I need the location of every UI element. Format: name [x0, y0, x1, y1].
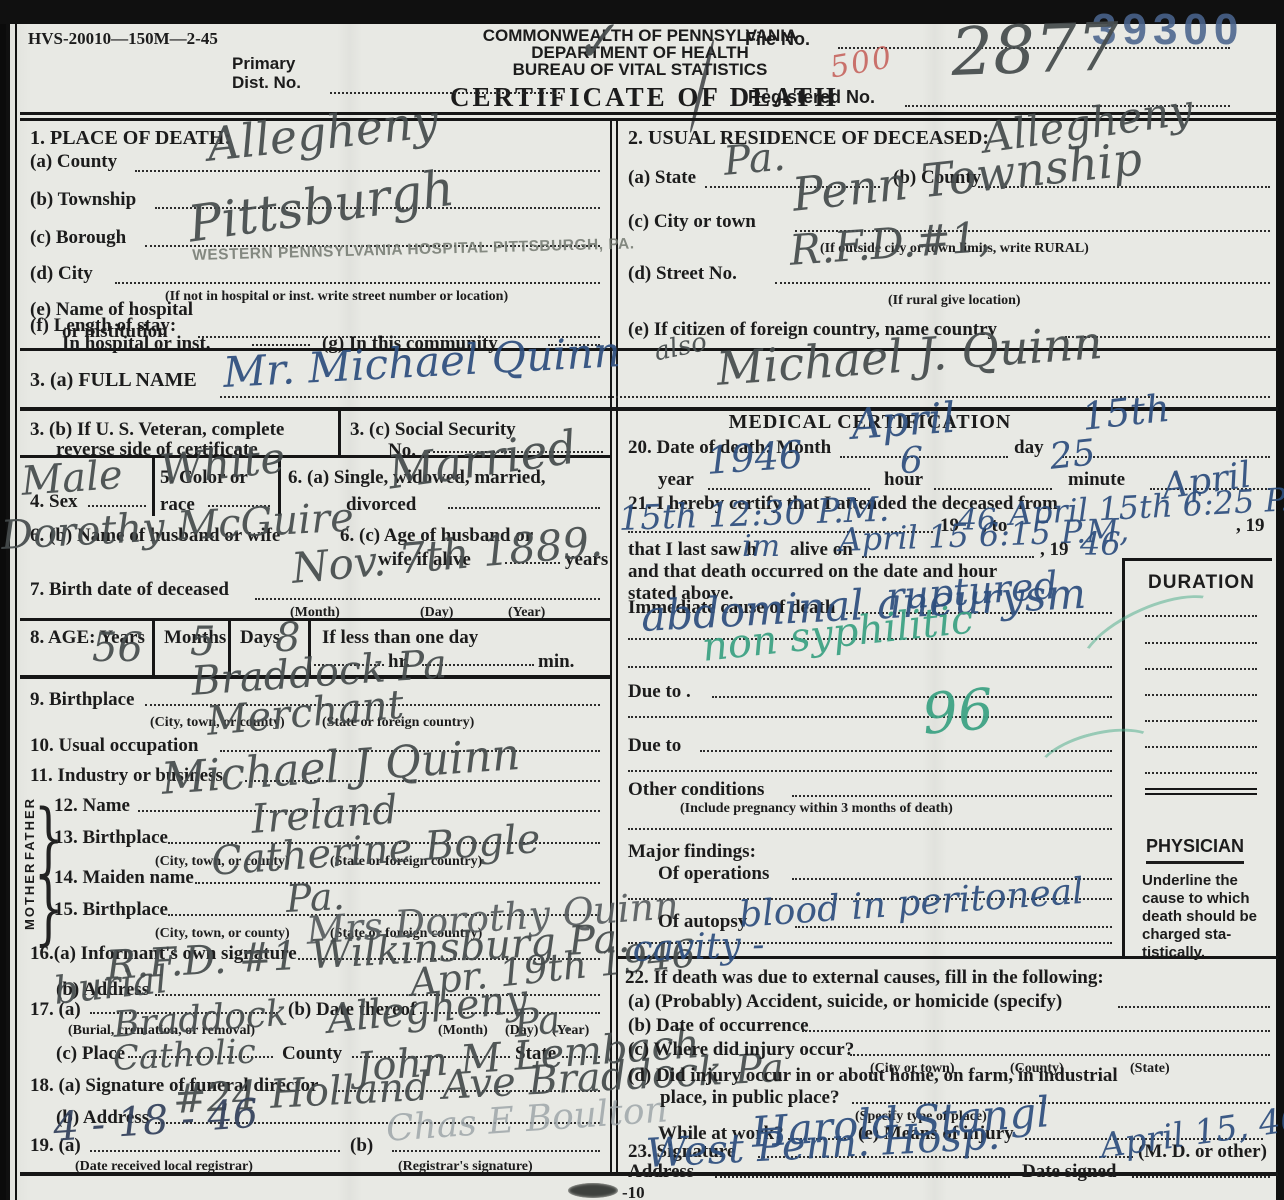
rule [1122, 558, 1272, 561]
s1-borough-label: (c) Borough [30, 228, 126, 247]
s14-label: 14. Maiden name [54, 868, 194, 887]
footer-mark: -10 [622, 1184, 645, 1200]
s4-value: Male [20, 455, 124, 502]
s8-min-label: min. [538, 652, 574, 671]
file-no-label: File No. [745, 30, 810, 48]
duration-label: DURATION [1148, 572, 1255, 595]
primary-dist-check: ✓ [570, 14, 620, 72]
dotted-line [330, 92, 560, 94]
other-cap: (Include pregnancy within 3 months of de… [680, 802, 953, 816]
autopsy-value2: cavity - [632, 927, 765, 968]
primary-label: Primary [232, 55, 295, 72]
s2-state-value: Pa. [722, 137, 787, 182]
s7-cap-day: (Day) [420, 606, 453, 620]
dotted-line [448, 507, 600, 509]
s21-him: im [742, 532, 780, 562]
dotted-line [934, 488, 1052, 490]
s19a-cap: (Date received local registrar) [75, 1160, 253, 1174]
s2-city-label: (c) City or town [628, 212, 756, 231]
rule [1145, 788, 1257, 790]
s22-heading: 22. If death was due to external causes,… [625, 968, 1104, 987]
registered-no-label: Registered No. [748, 88, 875, 106]
s9-label: 9. Birthplace [30, 690, 135, 709]
dotted-line [802, 1030, 1270, 1032]
s20-hour-value: 6 [900, 444, 923, 480]
operations-label: Of operations [658, 864, 769, 883]
dotted-line [90, 1150, 340, 1152]
rule [1145, 793, 1257, 795]
dotted-line [628, 666, 1112, 668]
s1-hospital-note: (If not in hospital or inst. write stree… [165, 290, 508, 304]
rule [152, 621, 155, 675]
rule [610, 121, 612, 1176]
physician-label: PHYSICIAN [1146, 836, 1244, 864]
s21-line3a: that I last saw h [628, 540, 757, 559]
s21-printed-19b: , 19 [1236, 516, 1265, 535]
dotted-line [715, 1176, 1010, 1178]
dotted-line [255, 598, 600, 600]
dotted-line [195, 882, 600, 884]
other-label: Other conditions [628, 780, 764, 799]
dotted-line [115, 282, 600, 284]
dotted-line [840, 456, 1008, 458]
s12-label: 12. Name [54, 796, 130, 815]
s1-stay-inhosp-label: In hospital or inst. [62, 334, 211, 353]
s8-years-value: 56 [92, 628, 143, 668]
s22-b-label: (b) Date of occurrence [628, 1016, 809, 1035]
death-certificate-scan: HVS-20010—150M—2-45 COMMONWEALTH OF PENN… [0, 0, 1284, 1200]
s7-cap-year: (Year) [508, 606, 545, 620]
s8-months-value: 5 [190, 622, 215, 662]
s15-label: 15. Birthplace [54, 900, 168, 919]
dotted-line [1145, 694, 1257, 696]
s17c-value2: Catholic [112, 1035, 257, 1076]
s19b-cap: (Registrar's signature) [398, 1160, 533, 1174]
s19b-label: (b) [350, 1136, 373, 1155]
s7-label: 7. Birth date of deceased [30, 580, 229, 599]
s1-heading: 1. PLACE OF DEATH: [30, 128, 231, 148]
scan-edge-right [1276, 0, 1284, 1200]
dotted-line [1145, 772, 1257, 774]
printers-union-bug [568, 1183, 618, 1198]
s6a-label2: divorced [346, 495, 416, 514]
s2-heading: 2. USUAL RESIDENCE OF DECEASED: [628, 128, 989, 148]
dotted-line [775, 282, 1270, 284]
s20-year-label: year [658, 470, 694, 489]
s21-year46b: 46 [1080, 528, 1121, 560]
s20-day-label: day [1014, 438, 1044, 457]
s1-city-label: (d) City [30, 264, 93, 283]
form-number: HVS-20010—150M—2-45 [28, 30, 218, 47]
dotted-line [628, 828, 1112, 830]
dotted-line [1118, 1006, 1270, 1008]
s22-d-label1: (d) Did injury occur in or about home, o… [628, 1066, 1118, 1085]
s20-minute-value: 25 [1048, 435, 1097, 476]
scan-border-inner [15, 24, 17, 1200]
rule [616, 121, 618, 1176]
registered-no-value: 2877 [950, 14, 1120, 86]
s13-label: 13. Birthplace [54, 828, 168, 847]
s2-street-note: (If rural give location) [888, 294, 1021, 308]
s5-value: White [158, 437, 287, 492]
s17-county-label: County [282, 1044, 342, 1063]
dotted-line [1132, 1176, 1270, 1178]
s22-c-label: (c) Where did injury occur? [628, 1040, 854, 1059]
physician-note: Underline the cause to which death shoul… [1142, 872, 1270, 962]
rule [338, 411, 341, 455]
fullname-label: 3. (a) FULL NAME [30, 370, 197, 390]
dotted-line [1145, 720, 1257, 722]
s2-street-label: (d) Street No. [628, 264, 737, 283]
s2-state-label: (a) State [628, 168, 696, 187]
s20-year-value: 1946 [705, 435, 804, 480]
dotted-line [392, 1150, 600, 1152]
header-bureau: BUREAU OF VITAL STATISTICS [450, 61, 830, 78]
dotted-line [792, 795, 1112, 797]
s20-month-value: April [850, 397, 957, 446]
major-label: Major findings: [628, 842, 756, 861]
dotted-line [1145, 746, 1257, 748]
s1-township-label: (b) Township [30, 190, 136, 209]
dotted-line [712, 696, 1112, 698]
dotted-line [708, 488, 870, 490]
dotted-line [850, 1054, 1270, 1056]
s20-day-value: 15th [1080, 389, 1172, 436]
dist-no-label: Dist. No. [232, 74, 301, 91]
dotted-line [628, 716, 1112, 718]
due1-label: Due to . [628, 682, 691, 701]
green-96: 96 [920, 682, 996, 744]
s22-c-cap3: (State) [1130, 1062, 1170, 1076]
s1-county-label: (a) County [30, 152, 117, 171]
scan-border-outer [6, 24, 10, 1200]
s22-a-label: (a) (Probably) Accident, suicide, or hom… [628, 992, 1062, 1011]
s21-printed-19c: , 19 [1040, 540, 1069, 559]
due2-label: Due to [628, 736, 681, 755]
